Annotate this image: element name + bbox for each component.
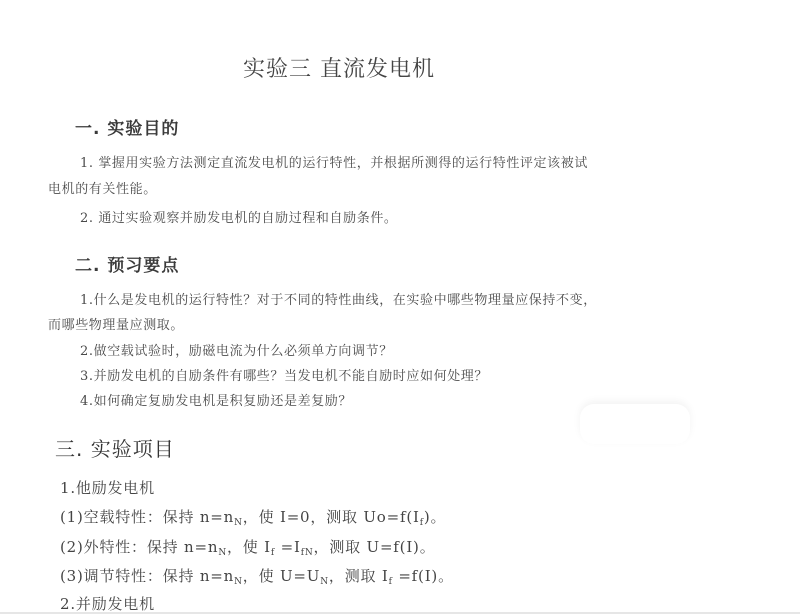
section-heading-objectives: 一. 实验目的	[75, 114, 179, 139]
item-no-load-characteristic: (1)空载特性：保持 n=nN，使 I=0，测取 Uo=f(If)。	[60, 506, 446, 527]
item-shunt-excited: 2.并励发电机	[60, 593, 155, 614]
preview-3: 3.并励发电机的自励条件有哪些？当发电机不能自励时应如何处理？	[80, 365, 488, 384]
item-separately-excited: 1.他励发电机	[60, 477, 155, 498]
preview-1-line1: 1.什么是发电机的运行特性？对于不同的特性曲线，在实验中哪些物理量应保持不变，	[80, 289, 597, 308]
objective-1-line1: 1. 掌握用实验方法测定直流发电机的运行特性，并根据所测得的运行特性评定该被试	[80, 152, 588, 171]
objective-2: 2. 通过实验观察并励发电机的自励过程和自励条件。	[80, 207, 398, 226]
item-regulation-characteristic: (3)调节特性：保持 n=nN，使 U=UN，测取 If =f(I)。	[60, 565, 454, 586]
preview-4: 4.如何确定复励发电机是积复励还是差复励？	[80, 390, 352, 409]
document-page: 实验三 直流发电机 一. 实验目的 1. 掌握用实验方法测定直流发电机的运行特性…	[0, 0, 800, 612]
item-external-characteristic: (2)外特性：保持 n=nN，使 If =IfN，测取 U=f(I)。	[60, 536, 436, 557]
floating-panel-shadow	[580, 404, 690, 444]
section-heading-preview: 二. 预习要点	[75, 251, 179, 276]
preview-2: 2.做空载试验时，励磁电流为什么必须单方向调节？	[80, 340, 393, 359]
section-heading-items: 三. 实验项目	[55, 433, 175, 462]
preview-1-line2: 而哪些物理量应测取。	[48, 314, 184, 333]
objective-1-line2: 电机的有关性能。	[48, 178, 157, 197]
document-title: 实验三 直流发电机	[243, 52, 435, 83]
